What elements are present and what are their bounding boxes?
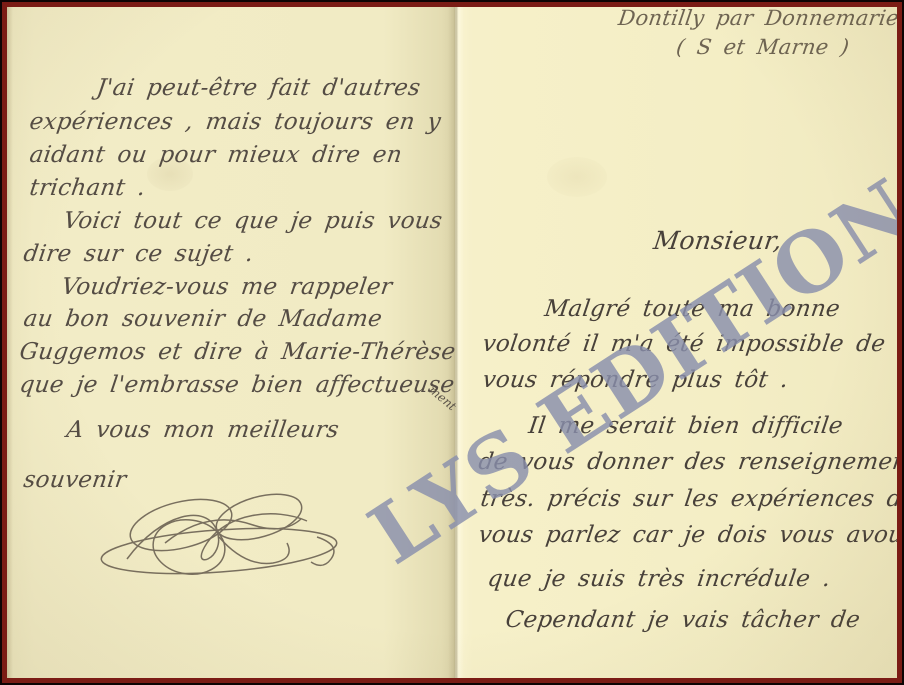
handwritten-line: dire sur ce sujet . <box>22 243 255 266</box>
letterhead-location-line2: ( S et Marne ) <box>675 37 851 58</box>
handwritten-closing-line: A vous mon meilleurs <box>65 419 340 442</box>
handwritten-line: de vous donner des renseignements <box>477 451 902 474</box>
handwritten-line: J'ai peut-être fait d'autres <box>95 77 422 100</box>
handwritten-line: que je l'embrasse bien affectueuse <box>18 374 456 397</box>
handwritten-line: Malgré toute ma bonne <box>543 298 842 321</box>
handwritten-line: vous parlez car je dois vous avouer <box>477 524 902 547</box>
handwritten-line: que je suis très incrédule . <box>486 568 832 591</box>
letterhead-location-line1: Dontilly par Donnemarie <box>617 8 900 29</box>
handwritten-line: vous répondre plus tôt . <box>481 369 790 392</box>
handwritten-line: Voici tout ce que je puis vous <box>62 210 444 233</box>
handwritten-line: aidant ou pour mieux dire en <box>28 144 403 167</box>
photo-frame: Dontilly par Donnemarie ( S et Marne ) J… <box>2 2 902 683</box>
handwritten-line: expériences , mais toujours en y <box>28 111 442 134</box>
handwritten-line: volonté il m'a été impossible de <box>481 333 887 356</box>
handwritten-line: Voudriez-vous me rappeler <box>60 276 394 299</box>
signature-flourish <box>69 485 359 585</box>
handwritten-line: Guggemos et dire à Marie-Thérèse <box>18 341 457 364</box>
left-paper-edge <box>7 7 13 678</box>
scanned-letter-photo: Dontilly par Donnemarie ( S et Marne ) J… <box>0 0 904 685</box>
handwritten-line: très. précis sur les expériences dont <box>479 488 902 511</box>
handwritten-line: au bon souvenir de Madame <box>22 308 384 331</box>
salutation: Monsieur, <box>652 228 784 253</box>
handwritten-line: trichant . <box>28 177 147 200</box>
handwritten-line: Cependant je vais tâcher de <box>504 609 862 632</box>
handwritten-line: Il me serait bien difficile <box>527 415 844 438</box>
